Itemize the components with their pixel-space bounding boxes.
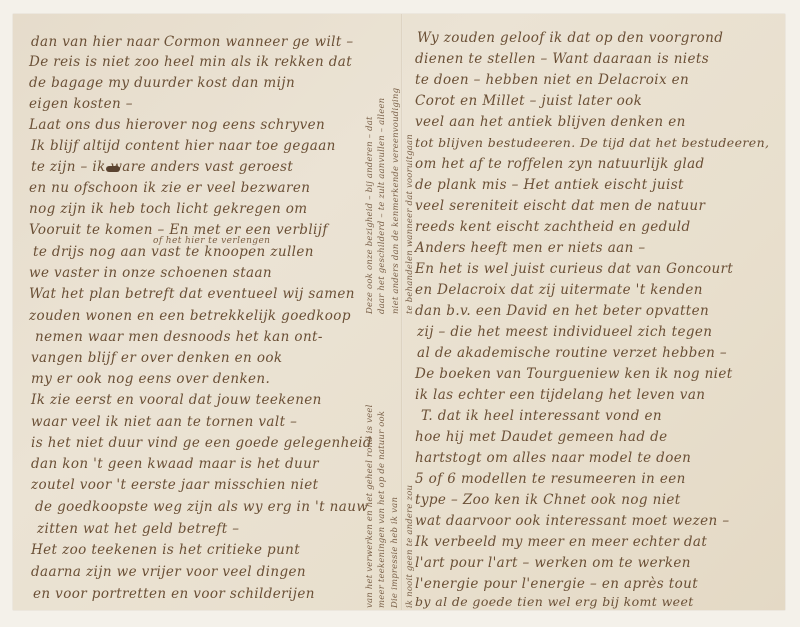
left-line-4: eigen kosten – bbox=[29, 96, 133, 112]
left-line-26: daarna zijn we vrijer voor veel dingen bbox=[31, 564, 306, 580]
center-margin-note-2: daar het geschilderd – te zult aanvullen… bbox=[377, 98, 387, 314]
left-line-16: vangen blijf er over denken en ook bbox=[31, 350, 282, 366]
right-page: Wy zouden geloof ik dat op den voorgrond… bbox=[403, 14, 785, 610]
left-line-15: nemen waar men desnoods het kan ont- bbox=[35, 329, 323, 345]
left-line-3: de bagage my duurder kost dan mijn bbox=[29, 75, 295, 91]
right-line-26: l'art pour l'art – werken om te werken bbox=[415, 555, 691, 571]
right-line-28: by al de goede tien wel erg bij komt wee… bbox=[415, 594, 694, 609]
right-line-14: dan b.v. een David en het beter opvatten bbox=[415, 303, 709, 319]
left-line-14: zouden wonen en een betrekkelijk goedkoo… bbox=[29, 308, 351, 324]
ink-strikeout bbox=[106, 166, 120, 172]
left-line-1: dan van hier naar Cormon wanneer ge wilt… bbox=[31, 34, 354, 50]
left-margin-note-1: Die impressie heb ik van bbox=[390, 497, 400, 608]
right-line-10: reeds kent eischt zachtheid en geduld bbox=[415, 219, 691, 235]
left-line-17: my er ook nog eens over denken. bbox=[31, 371, 270, 387]
left-line-6: Ik blijf altijd content hier naar toe ge… bbox=[31, 138, 336, 154]
right-line-25: Ik verbeeld my meer en meer echter dat bbox=[415, 534, 707, 550]
center-margin-note-6: meer teekeningen van het op de natuur oo… bbox=[377, 411, 387, 608]
left-line-8: en nu ofschoon ik zie er veel bezwaren bbox=[29, 180, 310, 196]
right-line-13: en Delacroix dat zij uitermate 't kenden bbox=[415, 282, 703, 298]
left-line-13: Wat het plan betreft dat eventueel wij s… bbox=[29, 286, 355, 302]
center-margin-note-1: Deze ook onze bezigheid – bij anderen – … bbox=[365, 116, 375, 314]
right-line-22: 5 of 6 modellen te resumeeren in een bbox=[415, 471, 686, 487]
right-line-2: dienen te stellen – Want daaraan is niet… bbox=[415, 51, 709, 67]
center-margin-note-3: niet anders dan de kenmerkende vereenvou… bbox=[391, 88, 401, 314]
right-line-21: hartstogt om alles naar model te doen bbox=[415, 450, 691, 466]
left-line-5: Laat ons dus hierover nog eens schryven bbox=[29, 117, 325, 133]
left-line-9: nog zijn ik heb toch licht gekregen om bbox=[29, 201, 307, 217]
left-line-21: dan kon 't geen kwaad maar is het duur bbox=[31, 456, 319, 472]
left-line-27: en voor portretten en voor schilderijen bbox=[33, 586, 315, 602]
right-line-8: de plank mis – Het antiek eischt juist bbox=[415, 177, 684, 193]
right-line-20: hoe hij met Daudet gemeen had de bbox=[415, 429, 668, 445]
center-margin-note-5: van het verwerken en het geheel rond is … bbox=[365, 404, 375, 608]
right-line-3: te doen – hebben niet en Delacroix en bbox=[415, 72, 689, 88]
left-line-11: te drijs nog aan vast te knoopen zullen bbox=[33, 244, 314, 260]
right-line-18: ik las echter een tijdelang het leven va… bbox=[415, 387, 705, 403]
left-line-23: de goedkoopste weg zijn als wy erg in 't… bbox=[35, 499, 368, 515]
right-line-7: om het af te roffelen zyn natuurlijk gla… bbox=[415, 156, 705, 172]
left-line-25: Het zoo teekenen is het critieke punt bbox=[31, 542, 300, 558]
left-line-22: zoutel voor 't eerste jaar misschien nie… bbox=[31, 477, 318, 493]
left-line-2: De reis is niet zoo heel min als ik rekk… bbox=[29, 54, 352, 70]
left-line-18: Ik zie eerst en vooral dat jouw teekenen bbox=[31, 392, 322, 408]
right-line-27: l'energie pour l'energie – en après tout bbox=[415, 576, 698, 592]
right-line-17: De boeken van Tourgueniew ken ik nog nie… bbox=[415, 366, 733, 382]
left-page: dan van hier naar Cormon wanneer ge wilt… bbox=[13, 14, 401, 610]
right-line-5: veel aan het antiek blijven denken en bbox=[415, 114, 686, 130]
left-line-12: we vaster in onze schoenen staan bbox=[29, 265, 272, 281]
right-line-1: Wy zouden geloof ik dat op den voorgrond bbox=[417, 30, 723, 46]
right-line-19: T. dat ik heel interessant vond en bbox=[421, 408, 662, 424]
right-line-16: al de akademische routine verzet hebben … bbox=[417, 345, 727, 361]
right-line-9: veel sereniteit eischt dat men de natuur bbox=[415, 198, 705, 214]
right-line-24: wat daarvoor ook interessant moet wezen … bbox=[415, 513, 729, 529]
right-line-4: Corot en Millet – juist later ook bbox=[415, 93, 642, 109]
right-line-12: En het is wel juist curieus dat van Gonc… bbox=[415, 261, 733, 277]
right-line-6: tot blijven bestudeeren. De tijd dat het… bbox=[415, 135, 769, 150]
left-line-19: waar veel ik niet aan te tornen valt – bbox=[31, 414, 297, 430]
right-line-11: Anders heeft men er niets aan – bbox=[415, 240, 646, 256]
right-line-15: zij – die het meest individueel zich teg… bbox=[417, 324, 712, 340]
right-line-23: type – Zoo ken ik Chnet ook nog niet bbox=[415, 492, 681, 508]
letter-sheet: dan van hier naar Cormon wanneer ge wilt… bbox=[13, 14, 785, 610]
left-line-7: te zijn – ik ware anders vast geroest bbox=[31, 159, 293, 175]
left-line-24: zitten wat het geld betreft – bbox=[37, 521, 239, 537]
left-line-20: is het niet duur vind ge een goede geleg… bbox=[31, 435, 372, 451]
